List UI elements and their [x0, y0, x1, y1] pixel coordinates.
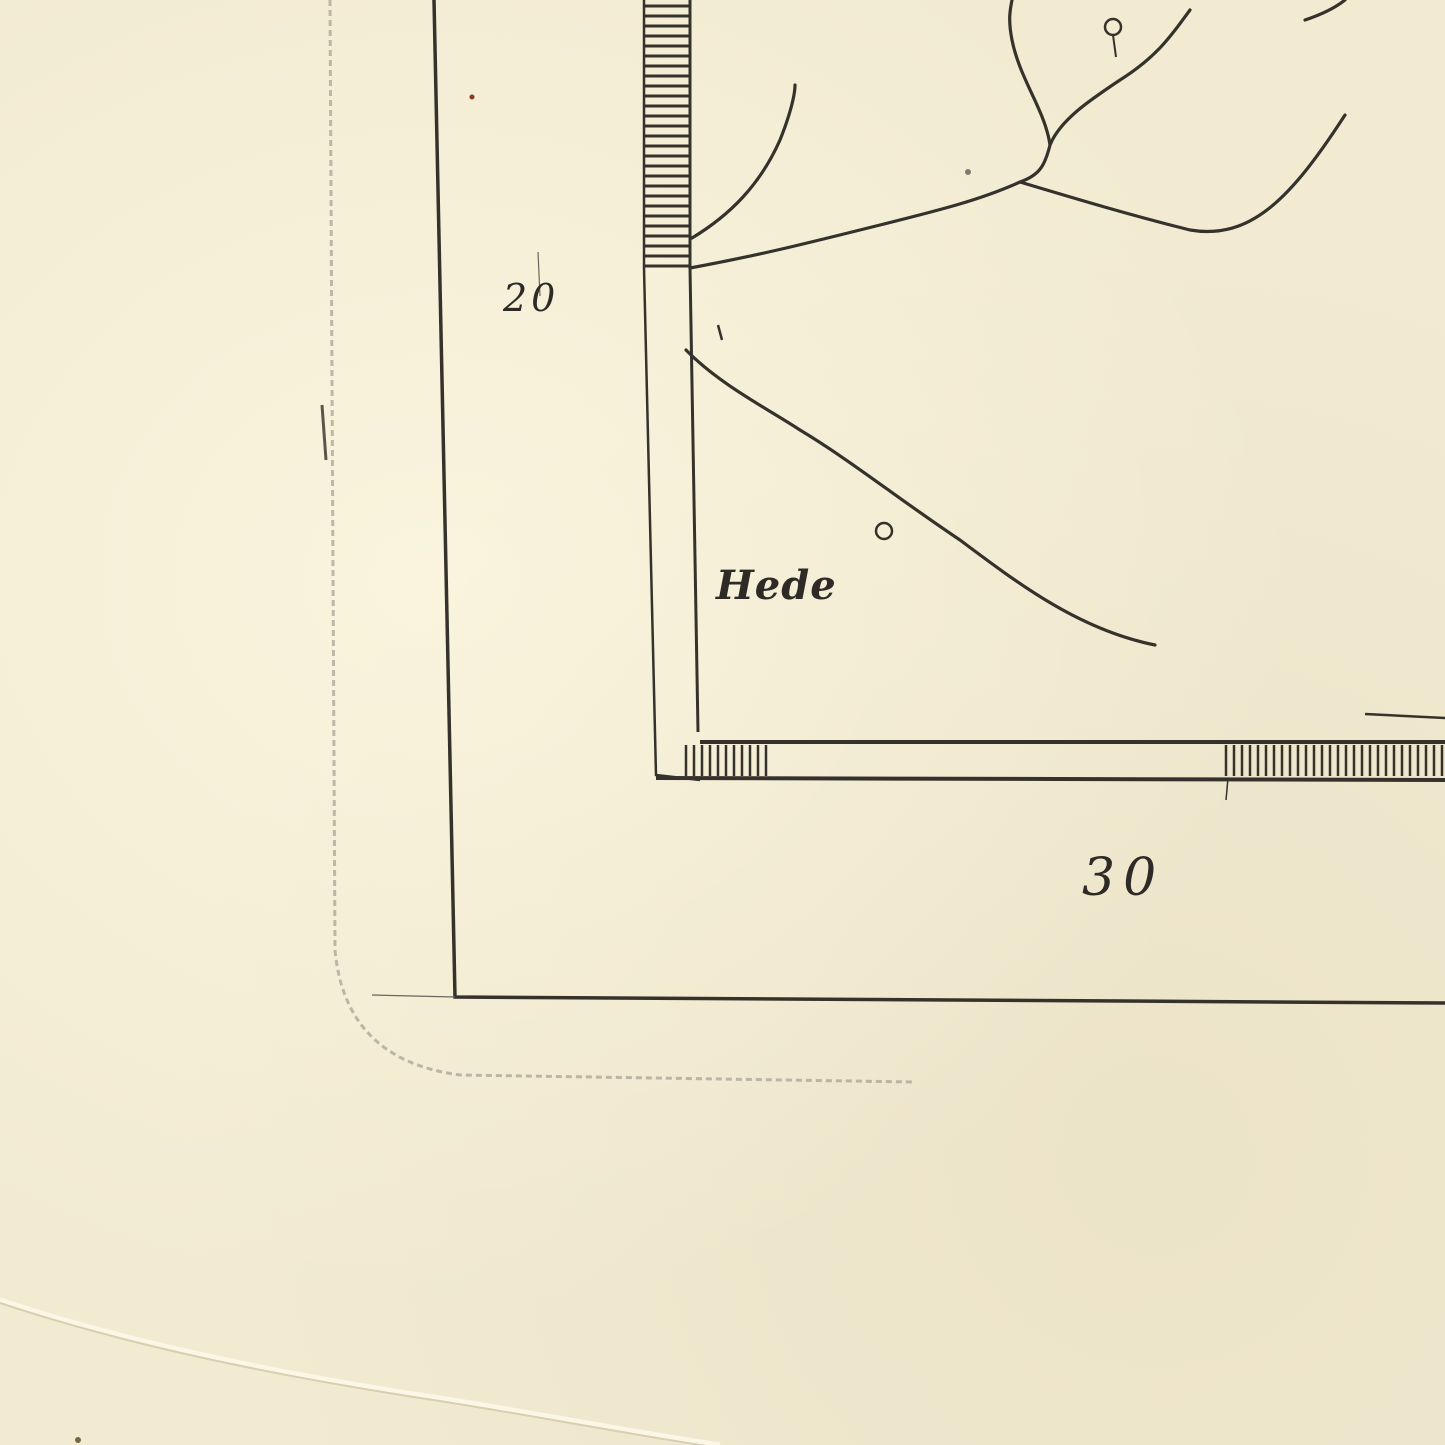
latitude-label: 20	[503, 276, 559, 320]
longitude-label: 30	[1082, 848, 1164, 908]
plate-mark	[330, 0, 915, 1082]
place-label-hede: Hede	[716, 562, 837, 609]
paper-crease	[0, 1300, 720, 1445]
settlement-marker-hede	[876, 523, 892, 539]
map-sheet: 20 30 Hede	[0, 0, 1445, 1445]
map-engraving	[0, 0, 1445, 1445]
rivers	[686, 0, 1345, 645]
settlement-marker-north	[1105, 19, 1121, 35]
scale-bar-horizontal	[686, 745, 1442, 776]
outer-border	[434, 0, 1445, 1003]
scale-bar-vertical	[645, 6, 690, 266]
